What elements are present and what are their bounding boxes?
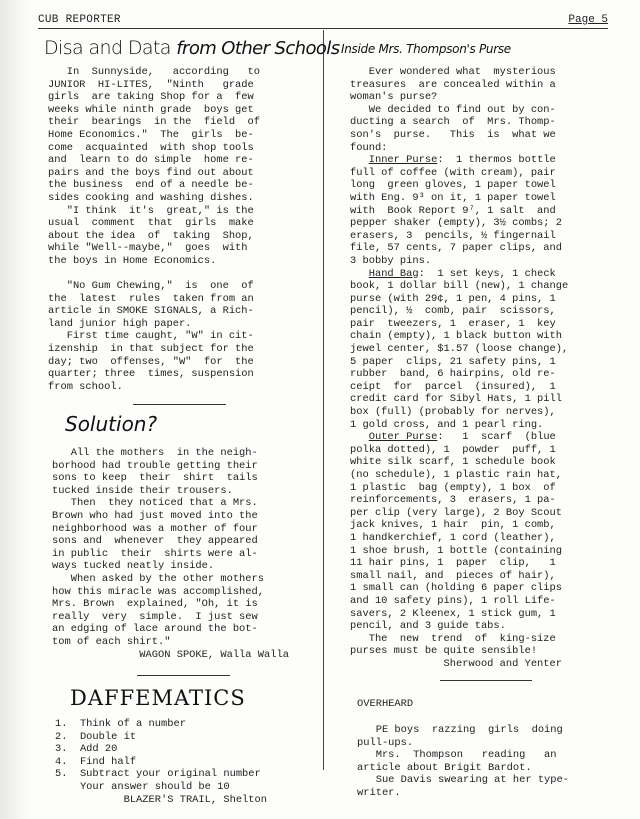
text-line: izenship in that subject for the: [48, 343, 260, 356]
title-main: Disa and Data: [44, 37, 176, 59]
text-line: chain (empty), 1 black button with: [350, 330, 568, 343]
text-line: Mrs. Thompson reading an: [357, 749, 569, 762]
text-line: JUNIOR HI-LITES, "Ninth grade: [48, 79, 260, 92]
text-line: (no schedule), 1 plastic rain hat,: [350, 469, 568, 482]
publication-name: CUB REPORTER: [38, 14, 121, 26]
text-line: credit card for Sibyl Hats, 1 pill: [350, 393, 568, 406]
text-line: 3 bobby pins.: [350, 255, 568, 268]
text-line: woman's purse?: [350, 91, 568, 104]
article-title-solution: Solution?: [65, 412, 157, 436]
text-line: Inner Purse: 1 thermos bottle: [350, 154, 568, 167]
text-line: sons and whenever they appeared: [52, 535, 289, 548]
text-line: In Sunnyside, according to: [48, 66, 260, 79]
text-line: erasers, 3 pencils, ½ fingernail: [350, 230, 568, 243]
text-line: Sue Davis swearing at her type-: [357, 774, 569, 787]
text-line: savers, 2 Kleenex, 1 stick gum, 1: [350, 608, 568, 621]
text-line: jack knives, 1 hair pin, 1 comb,: [350, 519, 568, 532]
article-title-daffematics: DAFFEMATICS: [70, 686, 246, 710]
list-item: 5. Subtract your original number: [55, 768, 267, 781]
text-line: the latest rules taken from an: [48, 293, 260, 306]
list-item: 3. Add 20: [55, 743, 267, 756]
text-line: 11 hair pins, 1 paper clip, 1: [350, 557, 568, 570]
text-line: reinforcements, 3 erasers, 1 pa-: [350, 494, 568, 507]
text-line: box (full) (probably for nerves),: [350, 406, 568, 419]
list-item: 2. Double it: [55, 731, 267, 744]
text-line: treasures are concealed within a: [350, 79, 568, 92]
text-line: sides cooking and washing dishes.: [48, 192, 260, 205]
text-line: while "Well--maybe," goes with: [48, 242, 260, 255]
text-line: purse (with 29¢, 1 pen, 4 pins, 1: [350, 293, 568, 306]
text-line: First time caught, "W" in cit-: [48, 330, 260, 343]
text-line: with Book Report 9⁷, 1 salt and: [350, 205, 568, 218]
text-line: pull-ups.: [357, 737, 569, 750]
text-line: ducting a search of Mrs. Thomp-: [350, 116, 568, 129]
daffematics-list: 1. Think of a number2. Double it3. Add 2…: [55, 718, 267, 806]
text-line: polka dotted), 1 powder puff, 1: [350, 444, 568, 457]
text-line: Sherwood and Yenter: [350, 658, 568, 671]
text-line: 1 handkerchief, 1 cord (leather),: [350, 532, 568, 545]
text-line: article in SMOKE SIGNALS, a Rich-: [48, 305, 260, 318]
text-line: Hand Bag: 1 set keys, 1 check: [350, 268, 568, 281]
text-line: Brown who had just moved into the: [52, 510, 289, 523]
text-line: in public their shirts were al-: [52, 548, 289, 561]
section-label: Outer Purse: [369, 431, 438, 443]
separator-rule: [440, 680, 532, 681]
text-line: pairs and the boys find out about: [48, 167, 260, 180]
text-line: Then they noticed that a Mrs.: [52, 497, 289, 510]
text-line: tom of each shirt.": [52, 636, 289, 649]
text-line: "I think it's great," is the: [48, 205, 260, 218]
page-edge-shadow: [0, 0, 30, 819]
text-line: rubber band, 6 hairpins, old re-: [350, 368, 568, 381]
text-line: per clip (very large), 2 Boy Scout: [350, 507, 568, 520]
text-line: son's purse. This is what we: [350, 129, 568, 142]
page-header: CUB REPORTER Page 5: [38, 14, 608, 29]
text-line: When asked by the other mothers: [52, 573, 289, 586]
article-body-purse: Ever wondered what mysterioustreasures a…: [350, 66, 568, 671]
text-line: 1 small can (holding 6 paper clips: [350, 582, 568, 595]
text-line: neighborhood was a mother of four: [52, 523, 289, 536]
text-line: an edging of lace around the bot-: [52, 623, 289, 636]
text-line: the business end of a needle be-: [48, 179, 260, 192]
text-line: pair tweezers, 1 eraser, 1 key: [350, 318, 568, 331]
text-line: weeks while ninth grade boys get: [48, 104, 260, 117]
text-line: how this miracle was accomplished,: [52, 586, 289, 599]
text-line: Outer Purse: 1 scarf (blue: [350, 431, 568, 444]
text-line: ceipt for parcel (insured), 1: [350, 381, 568, 394]
answer-line: Your answer should be 10: [55, 781, 267, 794]
text-line: Ever wondered what mysterious: [350, 66, 568, 79]
text-line: book, 1 dollar bill (new), 1 change: [350, 280, 568, 293]
text-line: tucked inside their trousers.: [52, 485, 289, 498]
text-line: jewel center, $1.57 (loose change),: [350, 343, 568, 356]
text-line: full of coffee (with cream), pair: [350, 167, 568, 180]
credit-line: BLAZER'S TRAIL, Shelton: [55, 794, 267, 807]
text-line: found:: [350, 142, 568, 155]
text-line: land junior high paper.: [48, 318, 260, 331]
text-line: the boys in Home Economics.: [48, 255, 260, 268]
article-body-overheard: PE boys razzing girls doingpull-ups. Mrs…: [357, 724, 569, 800]
text-line: from school.: [48, 381, 260, 394]
text-line: their bearings in the field of: [48, 116, 260, 129]
text-line: and 10 safety pins), 1 roll Life-: [350, 595, 568, 608]
text-line: come acquainted with shop tools: [48, 142, 260, 155]
text-line: All the mothers in the neigh-: [52, 447, 289, 460]
text-line: with Eng. 9³ on it, 1 paper towel: [350, 192, 568, 205]
text-line: really very simple. I just sew: [52, 611, 289, 624]
title-italic: from Other Schools: [176, 38, 339, 59]
text-line: WAGON SPOKE, Walla Walla: [52, 649, 289, 662]
text-line: long green gloves, 1 paper towel: [350, 179, 568, 192]
page-number: Page 5: [568, 14, 608, 26]
text-line: white silk scarf, 1 schedule book: [350, 456, 568, 469]
text-line: sons to keep their shirt tails: [52, 472, 289, 485]
text-line: 1 shoe brush, 1 bottle (containing: [350, 545, 568, 558]
text-line: file, 57 cents, 7 paper clips, and: [350, 242, 568, 255]
separator-rule: [137, 675, 230, 676]
text-line: 1 gold cross, and 1 pearl ring.: [350, 419, 568, 432]
text-line: 5 paper clips, 21 safety pins, 1: [350, 356, 568, 369]
text-line: quarter; three times, suspension: [48, 368, 260, 381]
text-line: article about Brigit Bardot.: [357, 762, 569, 775]
text-line: We decided to find out by con-: [350, 104, 568, 117]
text-line: "No Gum Chewing," is one of: [48, 280, 260, 293]
text-line: borhood had trouble getting their: [52, 460, 289, 473]
section-label: Hand Bag: [369, 268, 419, 280]
article-body-solution: All the mothers in the neigh-borhood had…: [52, 447, 289, 661]
text-line: writer.: [357, 787, 569, 800]
article-title-purse: Inside Mrs. Thompson's Purse: [341, 42, 511, 56]
article-body-disa-and-data: In Sunnyside, according toJUNIOR HI-LITE…: [48, 66, 260, 393]
text-line: about the idea of taking Shop,: [48, 230, 260, 243]
list-item: 1. Think of a number: [55, 718, 267, 731]
text-line: usual comment that girls make: [48, 217, 260, 230]
text-line: pepper shaker (empty), 3½ combs; 2: [350, 217, 568, 230]
text-line: The new trend of king-size: [350, 633, 568, 646]
text-line: small nail, and pieces of hair),: [350, 570, 568, 583]
text-line: 1 plastic bag (empty), 1 box of: [350, 482, 568, 495]
text-line: Mrs. Brown explained, "Oh, it is: [52, 598, 289, 611]
text-line: Home Economics." The girls be-: [48, 129, 260, 142]
text-line: girls are taking Shop for a few: [48, 91, 260, 104]
text-line: PE boys razzing girls doing: [357, 724, 569, 737]
text-line: day; two offenses, "W" for the: [48, 356, 260, 369]
text-line: and learn to do simple home re-: [48, 154, 260, 167]
text-line: purses must be quite sensible!: [350, 645, 568, 658]
text-line: pencil, and 3 guide tabs.: [350, 620, 568, 633]
list-item: 4. Find half: [55, 756, 267, 769]
separator-rule: [133, 404, 226, 405]
text-line: pencil), ½ comb, pair scissors,: [350, 305, 568, 318]
article-title-overheard: OVERHEARD: [357, 698, 413, 711]
column-divider: [323, 30, 324, 770]
section-label: Inner Purse: [369, 154, 438, 166]
text-line: [48, 268, 260, 281]
article-title-disa-and-data: Disa and Data from Other Schools: [44, 37, 339, 59]
text-line: ways tucked neatly inside.: [52, 560, 289, 573]
